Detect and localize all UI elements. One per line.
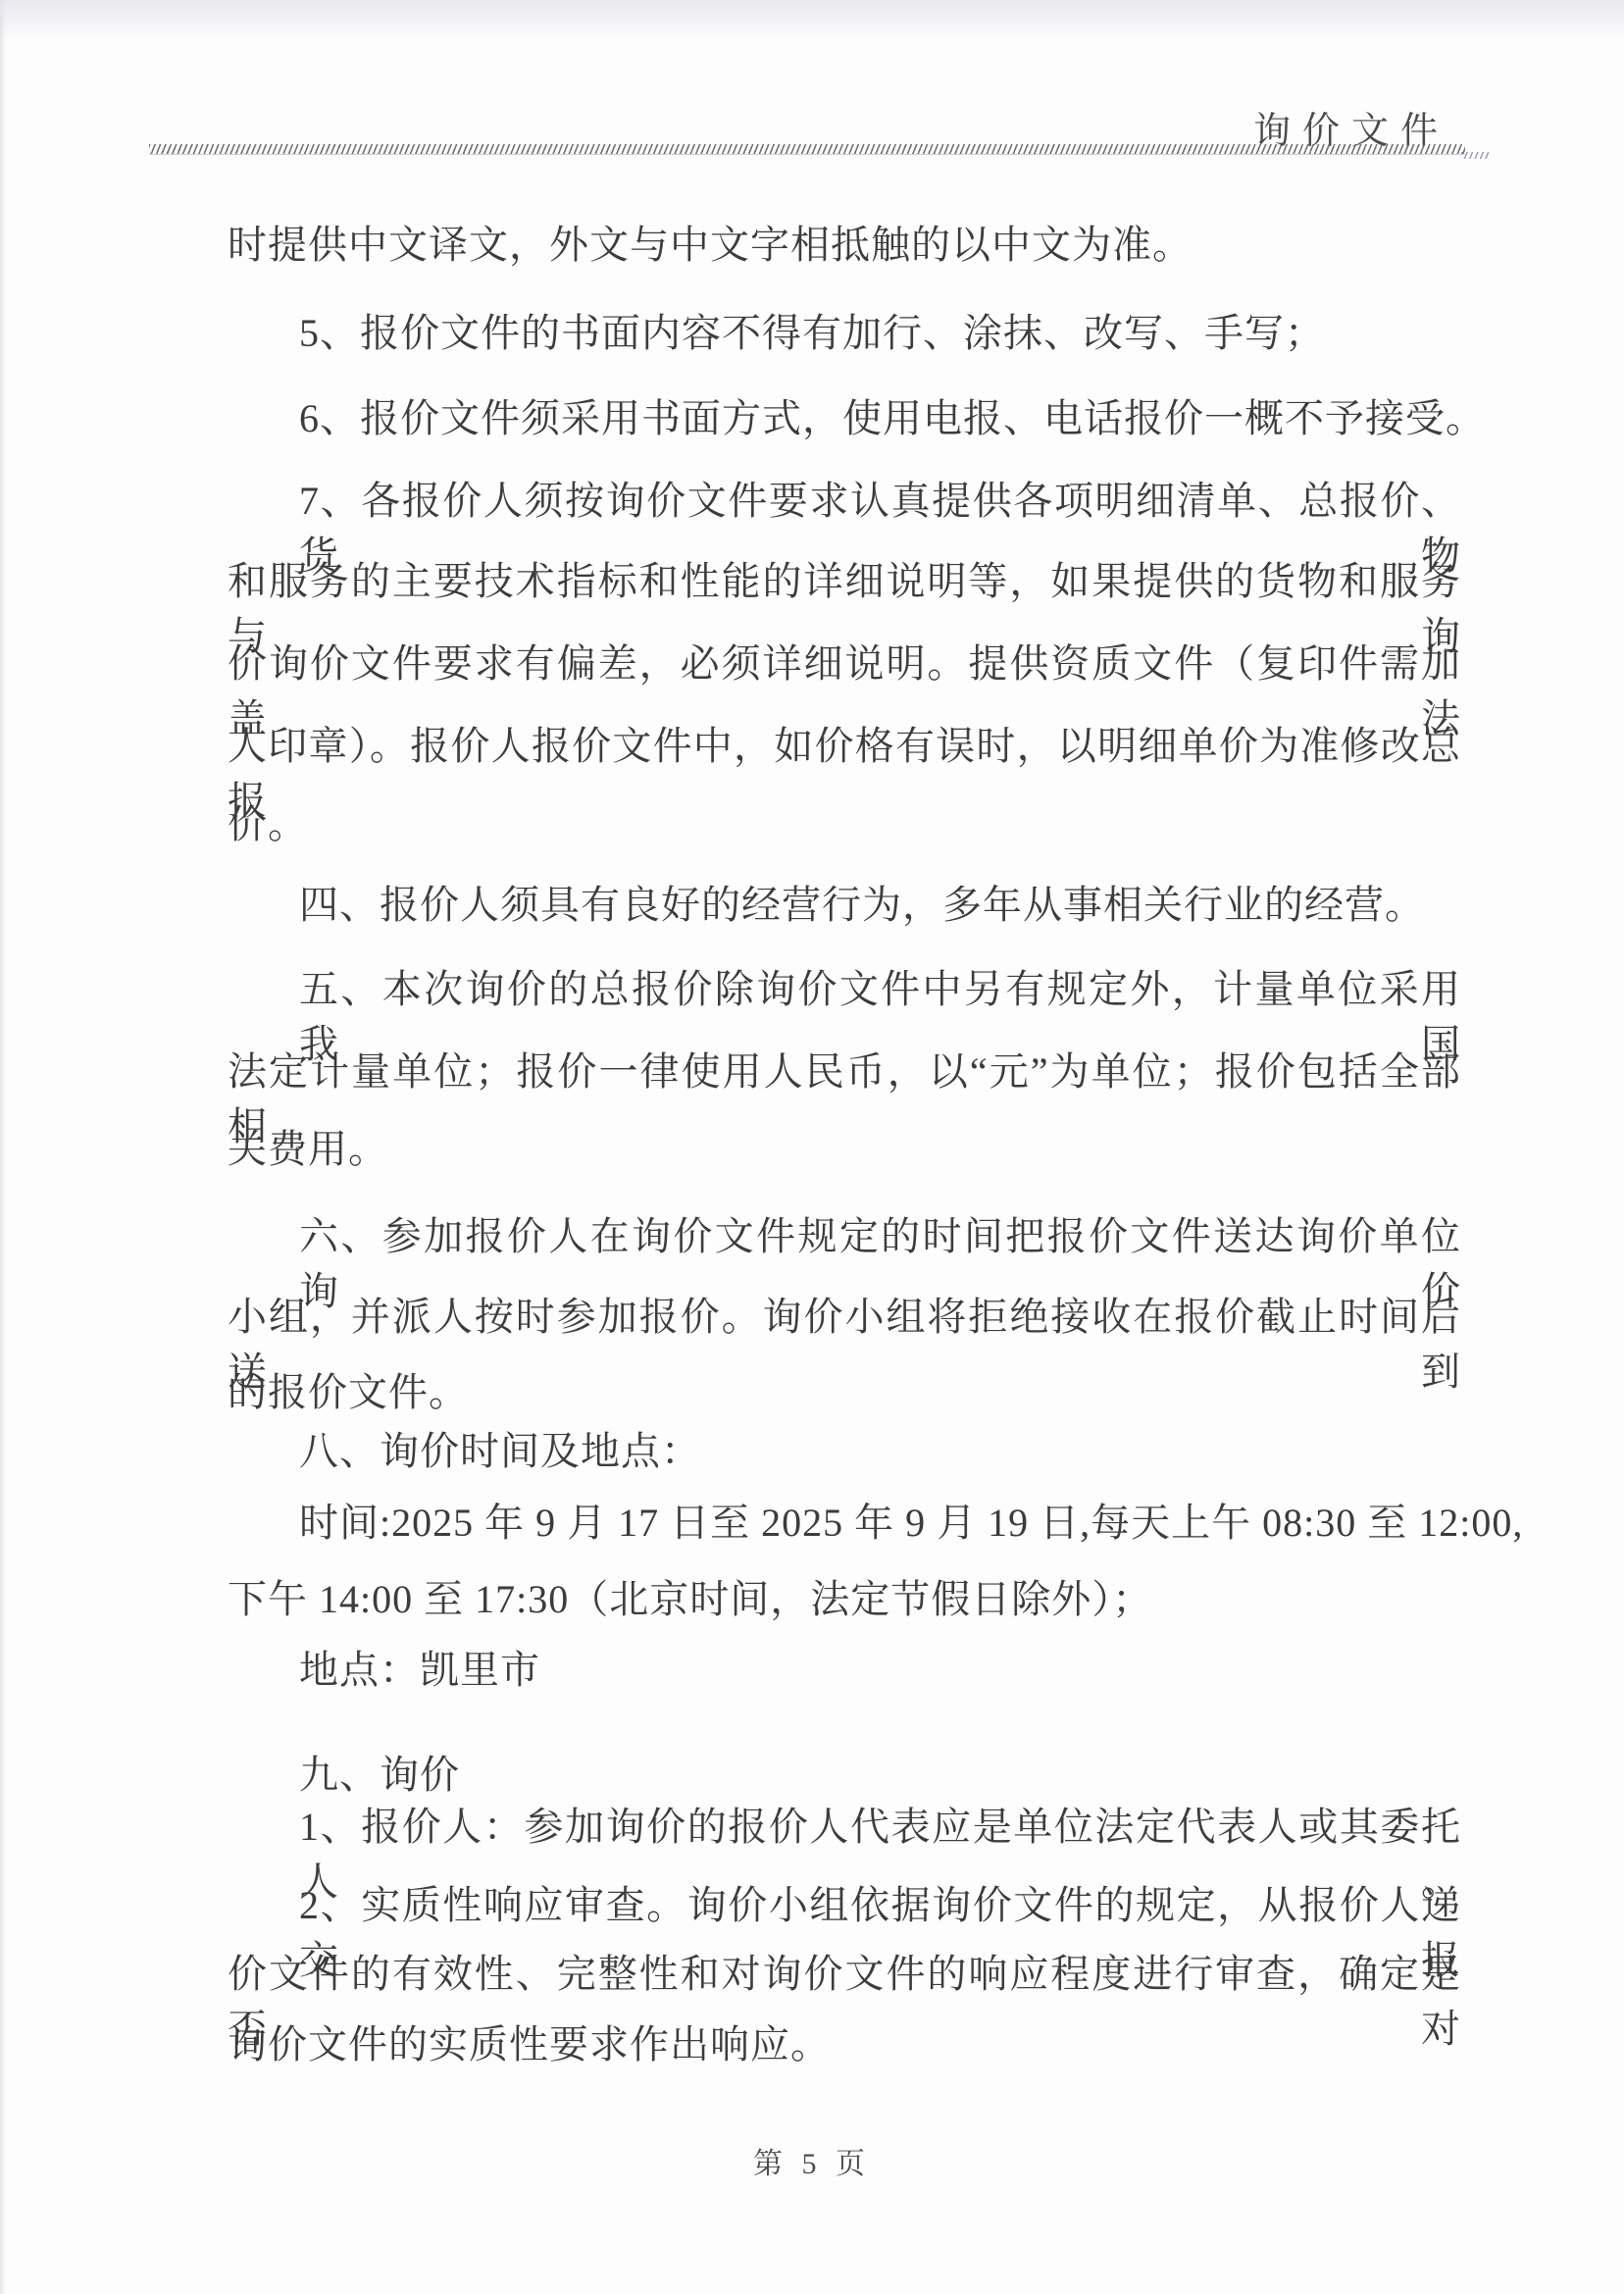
document-body: 时提供中文译文，外文与中文字相抵触的以中文为准。 5、报价文件的书面内容不得有加… [228, 0, 1461, 2294]
text-line: 八、询价时间及地点： [228, 1424, 1461, 1479]
text-line: 价询价文件要求有偏差，必须详细说明。提供资质文件（复印件需加盖法 [228, 637, 1461, 691]
text-line: 法定计量单位；报价一律使用人民币，以“元”为单位；报价包括全部相 [228, 1045, 1461, 1099]
text-line: 和服务的主要技术指标和性能的详细说明等，如果提供的货物和服务与询 [228, 554, 1461, 609]
header-divider-tail [1461, 152, 1489, 159]
text-line: 7、各报价人须按询价文件要求认真提供各项明细清单、总报价、货物 [228, 474, 1461, 529]
text-line: 关费用。 [228, 1122, 1461, 1177]
text-line: 价文件的有效性、完整性和对询价文件的响应程度进行审查，确定是否对 [228, 1947, 1461, 2002]
text-line: 九、询价 [228, 1748, 1461, 1803]
text-line: 的报价文件。 [228, 1365, 1461, 1420]
text-line: 人印章）。报价人报价文件中，如价格有误时，以明细单价为准修改总报 [228, 719, 1461, 774]
text-line: 6、报价文件须采用书面方式，使用电报、电话报价一概不予接受。 [228, 391, 1461, 446]
text-line: 5、报价文件的书面内容不得有加行、涂抹、改写、手写； [228, 306, 1461, 361]
text-line: 2、实质性响应审查。询价小组依据询价文件的规定，从报价人递交报 [228, 1878, 1461, 1933]
text-line: 下午 14:00 至 17:30（北京时间，法定节假日除外）； [228, 1572, 1461, 1627]
text-line: 地点：凯里市 [228, 1643, 1461, 1698]
document-page: 询价文件 时提供中文译文，外文与中文字相抵触的以中文为准。 5、报价文件的书面内… [0, 0, 1624, 2294]
text-line: 小组，并派人按时参加报价。询价小组将拒绝接收在报价截止时间后送到 [228, 1290, 1461, 1345]
text-line: 四、报价人须具有良好的经营行为，多年从事相关行业的经营。 [228, 878, 1461, 933]
text-line: 价。 [228, 797, 1461, 852]
text-line: 时间:2025 年 9 月 17 日至 2025 年 9 月 19 日,每天上午… [228, 1496, 1461, 1551]
text-line: 五、本次询价的总报价除询价文件中另有规定外，计量单位采用我国 [228, 962, 1461, 1017]
text-line: 时提供中文译文，外文与中文字相抵触的以中文为准。 [228, 218, 1461, 273]
text-line: 1、报价人：参加询价的报价人代表应是单位法定代表人或其委托人。 [228, 1800, 1461, 1855]
text-line: 询价文件的实质性要求作出响应。 [228, 2017, 1461, 2072]
page-number: 第 5 页 [0, 2139, 1624, 2182]
text-line: 六、参加报价人在询价文件规定的时间把报价文件送达询价单位询价 [228, 1209, 1461, 1264]
scan-artifact-left [0, 0, 6, 2294]
